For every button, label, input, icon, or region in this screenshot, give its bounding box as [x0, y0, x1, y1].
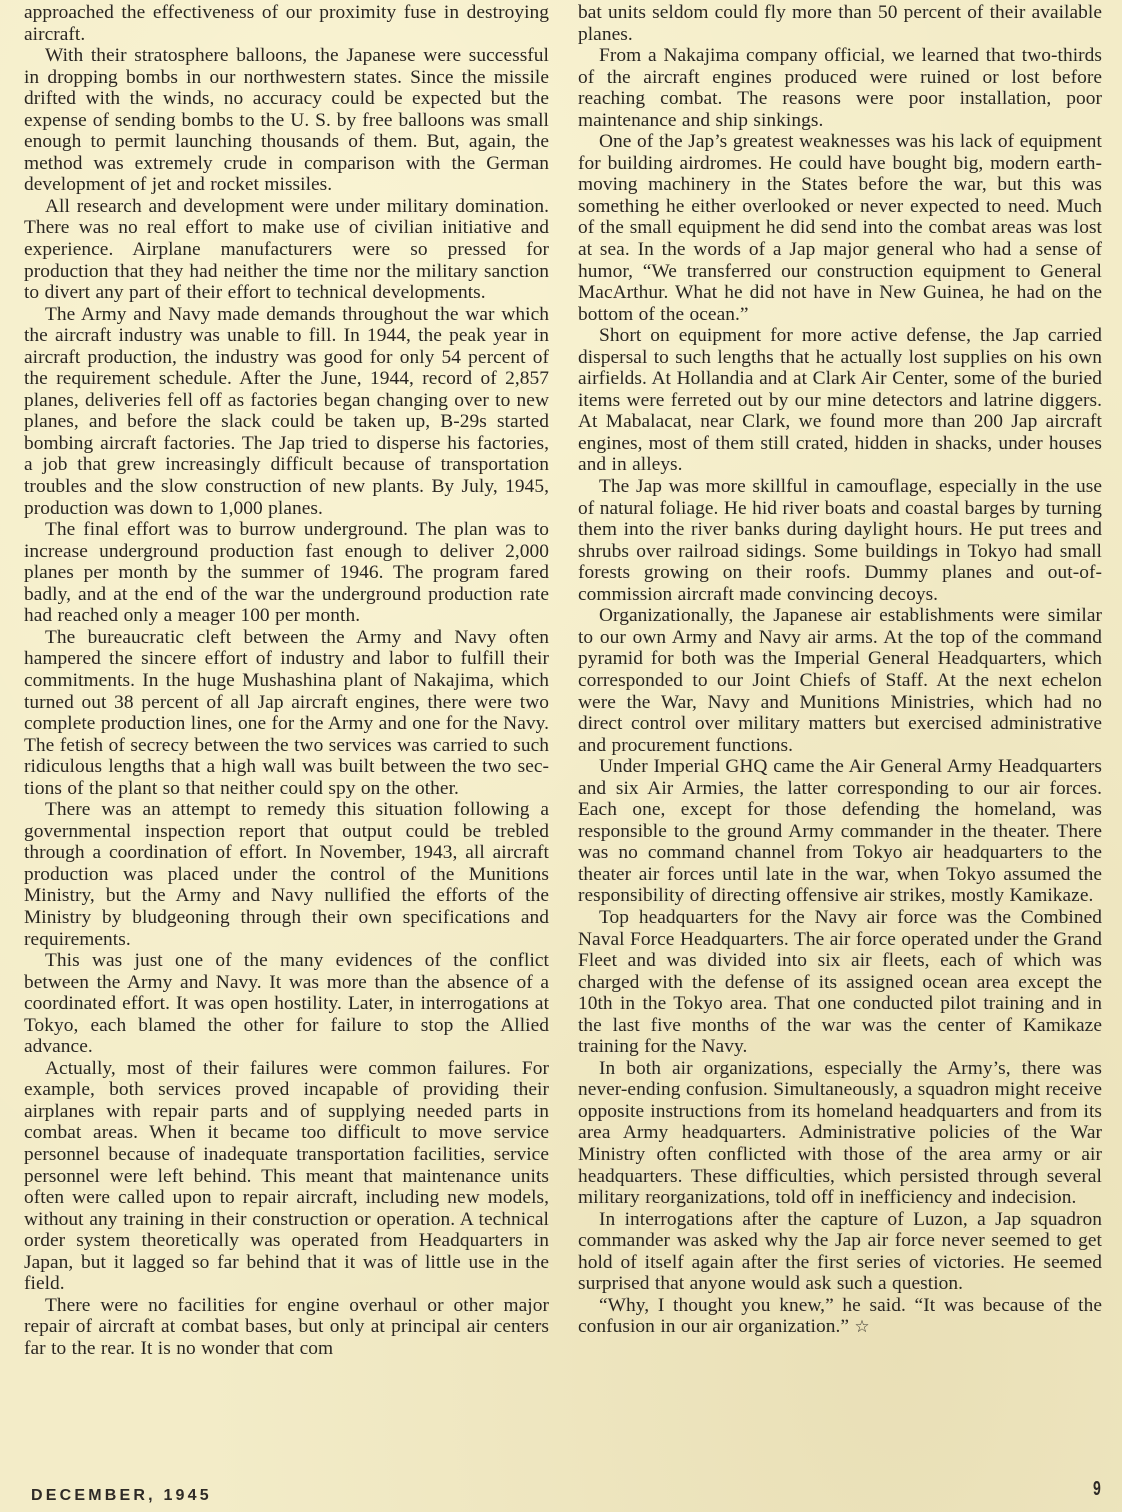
end-star-icon: ☆ — [854, 1317, 869, 1336]
magazine-page: approached the effectiveness of our prox… — [0, 0, 1122, 1512]
paragraph: approached the effectiveness of our prox… — [24, 2, 549, 45]
paragraph: Actually, most of their failures were co… — [24, 1058, 549, 1295]
paragraph: The bureaucratic cleft between the Army … — [24, 627, 549, 799]
paragraph: There were no facilities for engine over… — [24, 1295, 549, 1360]
final-paragraph: “Why, I thought you knew,” he said. “It … — [578, 1295, 1102, 1338]
paragraph: The final effort was to burrow undergrou… — [24, 519, 549, 627]
left-column: approached the effectiveness of our prox… — [24, 2, 549, 1359]
paragraph: In both air organizations, especially th… — [578, 1058, 1102, 1209]
paragraph: Organizationally, the Japanese air estab… — [578, 605, 1102, 756]
paragraph: One of the Jap’s greatest weaknesses was… — [578, 131, 1102, 325]
footer-issue-date: DECEMBER, 1945 — [31, 1487, 212, 1505]
paragraph: Top headquarters for the Navy air force … — [578, 907, 1102, 1058]
paragraph: The Army and Navy made demands throughou… — [24, 304, 549, 519]
paragraph: From a Nakajima company official, we lea… — [578, 45, 1102, 131]
page-number: 9 — [1093, 1478, 1101, 1501]
paragraph: All research and development were under … — [24, 196, 549, 304]
paragraph: There was an attempt to remedy this situ… — [24, 799, 549, 950]
paragraph-text: “Why, I thought you knew,” he said. “It … — [578, 1295, 1102, 1338]
paragraph: This was just one of the many evidences … — [24, 950, 549, 1058]
right-column: bat units seldom could fly more than 50 … — [578, 2, 1102, 1338]
paragraph: Under Imperial GHQ came the Air General … — [578, 756, 1102, 907]
paragraph: In interrogations after the capture of L… — [578, 1209, 1102, 1295]
paragraph: The Jap was more skillful in camouflage,… — [578, 476, 1102, 605]
paragraph: bat units seldom could fly more than 50 … — [578, 2, 1102, 45]
paragraph: With their stratosphere balloons, the Ja… — [24, 45, 549, 196]
paragraph: Short on equipment for more active defen… — [578, 325, 1102, 476]
